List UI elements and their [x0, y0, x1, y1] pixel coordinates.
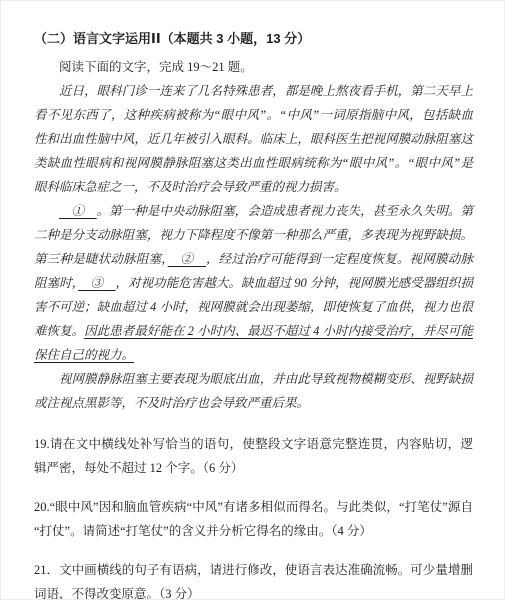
passage-paragraph-3: 视网膜静脉阻塞主要表现为眼底出血，并由此导致视物模糊变形、视野缺损或注视点黑影等…	[34, 367, 473, 415]
passage-paragraph-1: 近日，眼科门诊一连来了几名特殊患者，都是晚上熬夜看手机，第二天早上看不见东西了，…	[34, 79, 473, 199]
underlined-segment: 因此患者最好能在 2 小时内、最迟不超过 4 小时内接受治疗，并尽可能保住自己的…	[34, 324, 473, 362]
passage-text: 近日，眼科门诊一连来了几名特殊患者，都是晚上熬夜看手机，第二天早上看不见东西了，…	[34, 84, 473, 194]
passage-text: 视网膜静脉阻塞主要表现为眼底出血，并由此导致视物模糊变形、视野缺损或注视点黑影等…	[34, 372, 473, 410]
question-20: 20.“眼中风”因和脑血管疾病“中风”有诸多相似而得名。与此类似，“打笔仗”源自…	[34, 495, 473, 543]
passage-paragraph-2: ① 。第一种是中央动脉阻塞，会造成患者视力丧失，甚至永久失明。第二种是分支动脉阻…	[34, 199, 473, 367]
underlined-segment: ②	[168, 252, 206, 266]
underlined-segment: ①	[59, 204, 97, 218]
exam-page: （二）语言文字运用ⅠⅠ（本题共 3 小题，13 分） 阅读下面的文字，完成 19…	[0, 0, 505, 600]
underlined-segment: ③	[78, 276, 116, 290]
section-header: （二）语言文字运用ⅠⅠ（本题共 3 小题，13 分）	[34, 27, 473, 51]
question-21: 21．文中画横线的句子有语病，请进行修改，使语言表达准确流畅。可少量增删词语，不…	[34, 558, 473, 600]
question-19: 19.请在文中横线处补写恰当的语句，使整段文字语意完整连贯，内容贴切，逻辑严密，…	[34, 432, 473, 480]
passage-intro: 阅读下面的文字，完成 19～21 题。	[34, 55, 473, 79]
